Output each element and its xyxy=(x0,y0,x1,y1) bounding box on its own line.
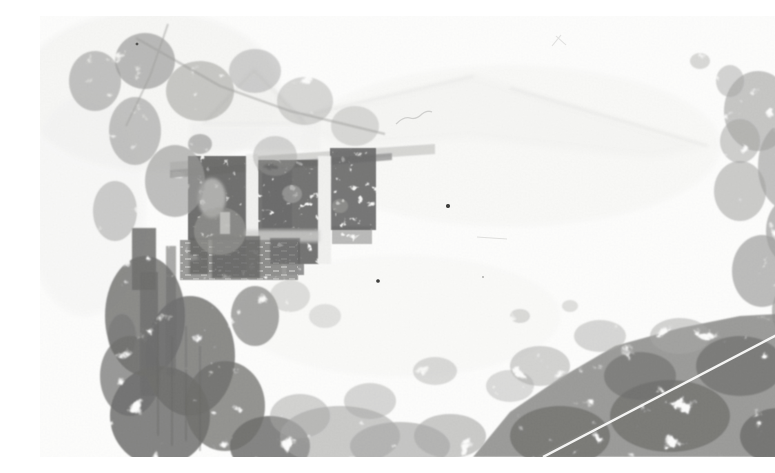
film-grain-overlay xyxy=(40,16,775,457)
faded-house-photograph: Faded black-and-white photograph of a sm… xyxy=(40,16,775,457)
photo-canvas xyxy=(40,16,775,457)
